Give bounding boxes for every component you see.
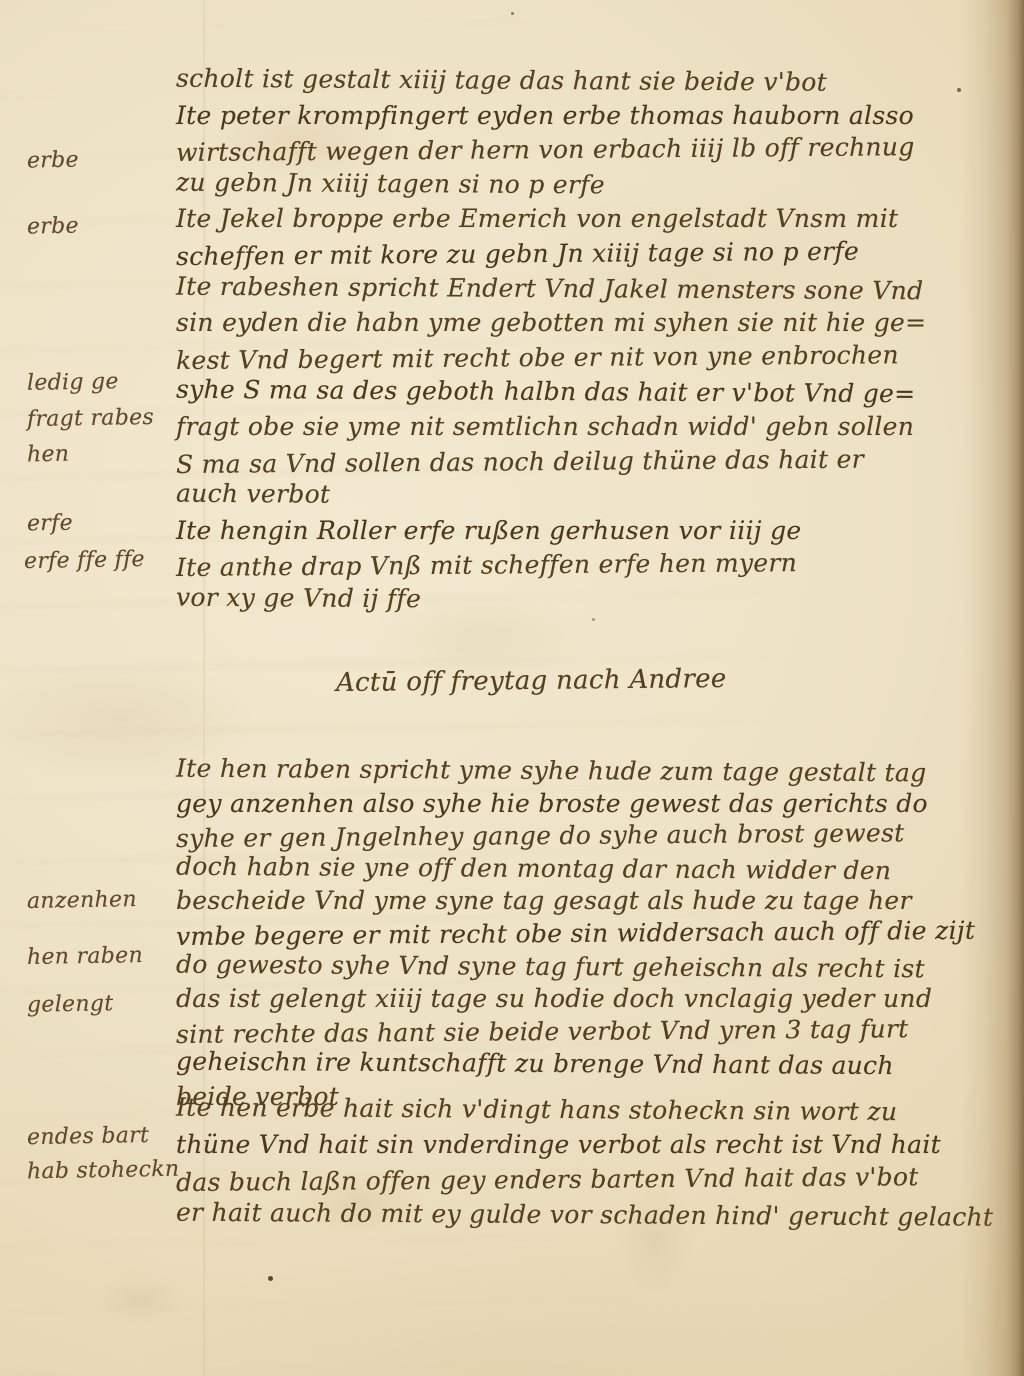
text-line: das ist gelengt xiiij tage su hodie doch… <box>176 983 934 1016</box>
text-line: gey anzenhen also syhe hie broste gewest… <box>176 788 934 821</box>
text-line: das buch laßn offen gey enders barten Vn… <box>176 1159 934 1200</box>
margin-note: gelengt <box>27 991 114 1018</box>
text-line: bescheide Vnd yme syne tag gesagt als hu… <box>176 885 934 918</box>
text-line: do gewesto syhe Vnd syne tag furt geheis… <box>176 948 934 985</box>
margin-note: erfe ffe ffe <box>24 547 145 574</box>
text-line: Ite rabeshen spricht Endert Vnd Jakel me… <box>176 269 934 308</box>
margin-note: ledig ge <box>27 369 119 396</box>
text-line: doch habn sie yne off den montag dar nac… <box>176 850 934 887</box>
ink-fleck <box>592 618 595 621</box>
margin-note: fragt rabes <box>27 405 154 432</box>
text-line: Ite hengin Roller erfe rußen gerhusen vo… <box>176 514 934 549</box>
text-line: Ite Jekel broppe erbe Emerich von engels… <box>176 202 934 237</box>
ink-fleck <box>268 1276 273 1281</box>
text-line: Ite hen erbe hait sich v'dingt hans stoh… <box>176 1090 934 1130</box>
text-line: syhe er gen Jngelnhey gange do syhe auch… <box>176 817 934 856</box>
text-line: vmbe begere er mit recht obe sin widders… <box>176 915 934 954</box>
ink-fleck <box>511 12 514 15</box>
margin-note: anzenhen <box>27 887 137 914</box>
upper-text-block: scholt ist gestalt xiiij tage das hant s… <box>176 64 934 618</box>
text-line: scholt ist gestalt xiiij tage das hant s… <box>176 62 934 101</box>
page-right-edge <box>960 0 1024 1376</box>
margin-note: erbe <box>27 148 79 174</box>
text-line: Ite anthe drap Vnß mit scheffen erfe hen… <box>176 545 934 586</box>
text-line: vor xy ge Vnd ij ffe <box>176 581 934 620</box>
text-line: thüne Vnd hait sin vnderdinge verbot als… <box>176 1127 934 1162</box>
text-line: er hait auch do mit ey gulde vor schaden… <box>176 1195 934 1235</box>
text-line: fragt obe sie yme nit semtlichn schadn w… <box>176 410 934 445</box>
text-line: scheffen er mit kore zu gebn Jn xiiij ta… <box>176 234 934 275</box>
text-line: Ite hen raben spricht yme syhe hude zum … <box>176 753 934 790</box>
ink-fleck <box>957 88 961 92</box>
margin-note: erbe <box>27 214 79 240</box>
text-line: sin eyden die habn yme gebotten mi syhen… <box>176 306 934 341</box>
text-line: geheischn ire kuntschafft zu brenge Vnd … <box>176 1046 934 1083</box>
text-line: Ite peter krompfingert eyden erbe thomas… <box>176 99 934 134</box>
text-line: wirtschafft wegen der hern von erbach ii… <box>176 130 934 171</box>
manuscript-page: erbe erbe ledig ge fragt rabes hen erfe … <box>0 0 1024 1376</box>
margin-note: hab stoheckn <box>27 1157 180 1185</box>
margin-note: endes bart <box>27 1123 150 1150</box>
margin-note: erfe <box>27 511 73 537</box>
margin-note: hen <box>27 442 70 468</box>
section-heading: Actū off freytag nach Andree <box>336 664 727 698</box>
text-line: zu gebn Jn xiiij tagen si no p erfe <box>176 165 934 204</box>
margin-note: hen raben <box>27 943 143 970</box>
final-entry-block: Ite hen erbe hait sich v'dingt hans stoh… <box>176 1092 934 1232</box>
text-line: syhe S ma sa des geboth halbn das hait e… <box>176 373 934 412</box>
text-line: kest Vnd begert mit recht obe er nit von… <box>176 338 934 379</box>
lower-text-block: Ite hen raben spricht yme syhe hude zum … <box>176 755 934 1114</box>
text-line: auch verbot <box>176 477 934 516</box>
text-line: S ma sa Vnd sollen das noch deilug thüne… <box>176 442 934 483</box>
